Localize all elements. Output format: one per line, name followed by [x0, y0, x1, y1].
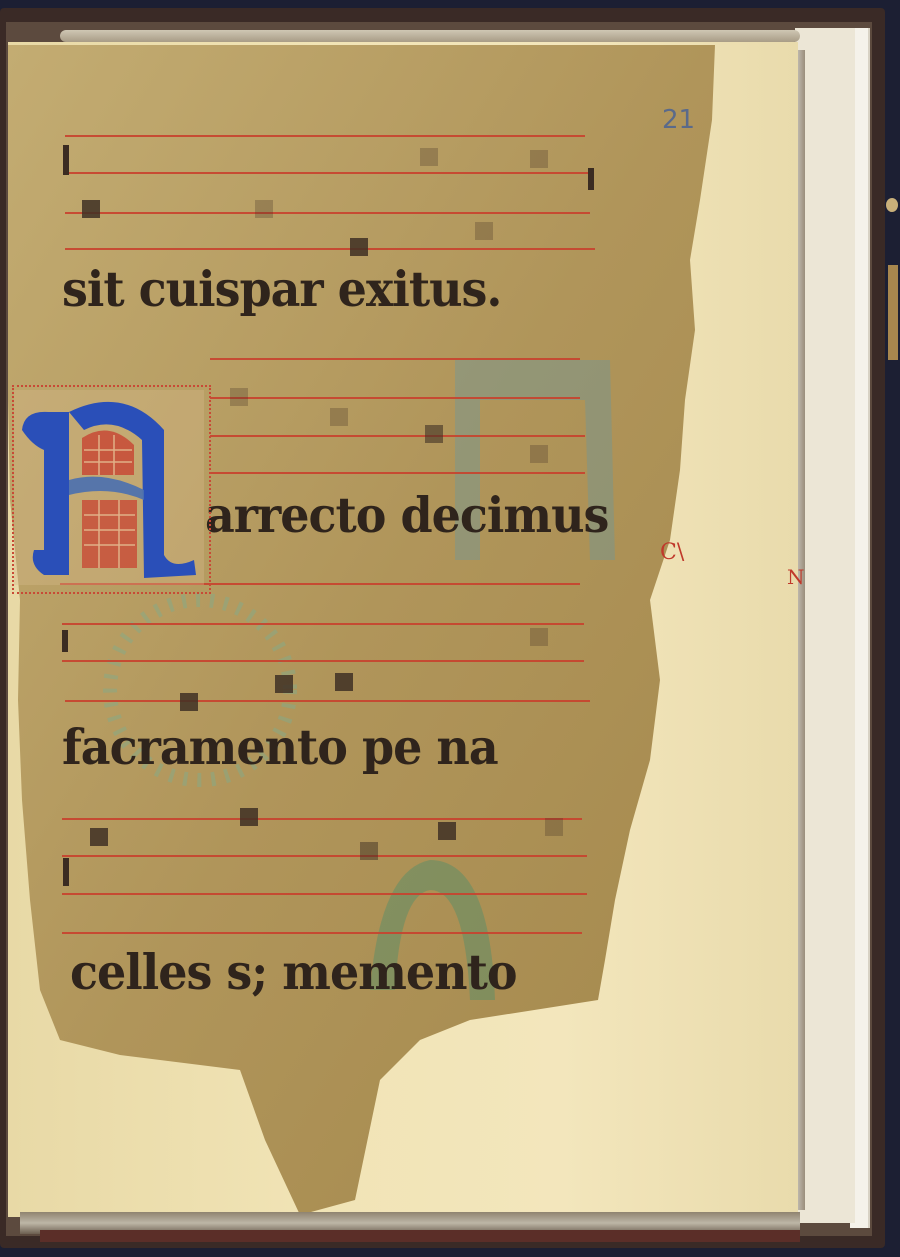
binding-bottom-band [40, 1230, 800, 1242]
text-line-2: arrecto decimus [205, 487, 608, 544]
folio-number: 21 [662, 105, 695, 135]
parchment-fragment [0, 0, 900, 1257]
marginal-note-red: C\ [660, 540, 684, 565]
text-line-1: sit cuispar exitus. [62, 261, 501, 318]
illuminated-initial-n [14, 390, 204, 585]
marginal-note-red-2: N [787, 565, 805, 589]
text-line-3: facramento pe na [62, 719, 498, 776]
text-line-4: celles s; memento [70, 944, 517, 1001]
